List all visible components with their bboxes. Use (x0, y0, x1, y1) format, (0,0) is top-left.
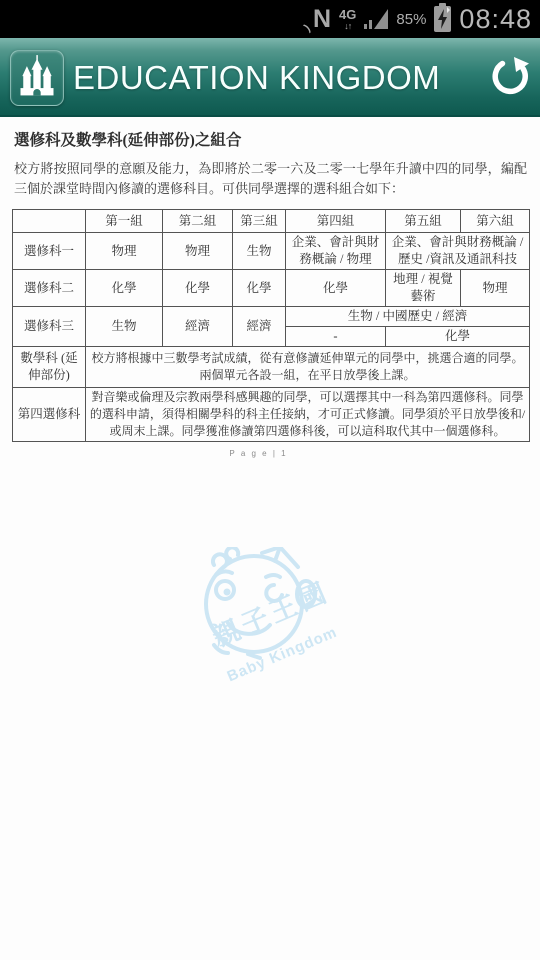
table-row: 選修科二 化學 化學 化學 化學 地理 / 視覺藝術 物理 (13, 270, 530, 307)
col-header: 第一組 (86, 210, 163, 233)
cell: 生物 (233, 233, 286, 270)
cell: - (286, 327, 386, 347)
cell: 企業、會計與財務概論 / 歷史 /資訊及通訊科技 (386, 233, 530, 270)
cell: 生物 (86, 307, 163, 347)
cell: 地理 / 視覺藝術 (386, 270, 461, 307)
app-header: EDUCATION KINGDOM (0, 38, 540, 117)
battery-charging-icon (434, 6, 451, 32)
nfc-icon: N) (313, 7, 331, 32)
row-label: 選修科三 (13, 307, 86, 347)
col-header: 第四組 (286, 210, 386, 233)
castle-icon (15, 55, 59, 101)
phone-screen: N) 4G ↓↑ 85% 08:48 (0, 0, 540, 960)
cell: 化學 (386, 327, 530, 347)
electives-table: 第一組 第二組 第三組 第四組 第五組 第六組 選修科一 物理 物理 生物 企業… (12, 209, 530, 442)
cell: 企業、會計與財務概論 / 物理 (286, 233, 386, 270)
table-header-row: 第一組 第二組 第三組 第四組 第五組 第六組 (13, 210, 530, 233)
table-row: 數學科 (延伸部份) 校方將根據中三數學考試成績，從有意修讀延伸單元的同學中，挑… (13, 347, 530, 388)
signal-strength-icon (364, 9, 388, 29)
table-row: 第四選修科 對音樂或倫理及宗教兩學科感興趣的同學，可以選擇其中一科為第四選修科。… (13, 388, 530, 442)
refresh-button[interactable] (488, 55, 534, 101)
watermark-cn-text: 親子王國 (205, 570, 334, 654)
network-type-indicator: 4G ↓↑ (339, 8, 356, 31)
row-label: 數學科 (延伸部份) (13, 347, 86, 388)
document-view[interactable]: 選修科及數學科(延伸部份)之組合 校方將按照同學的意願及能力，為即將於二零一六及… (0, 117, 540, 960)
watermark-en-text: Baby Kingdom (225, 624, 340, 686)
data-arrows-icon: ↓↑ (344, 22, 351, 31)
cell: 物理 (86, 233, 163, 270)
col-header: 第三組 (233, 210, 286, 233)
status-bar: N) 4G ↓↑ 85% 08:48 (0, 0, 540, 38)
cell: 校方將根據中三數學考試成績，從有意修讀延伸單元的同學中，挑選合適的同學。兩個單元… (86, 347, 530, 388)
cell: 化學 (286, 270, 386, 307)
refresh-icon (489, 56, 533, 100)
row-label: 第四選修科 (13, 388, 86, 442)
row-label: 選修科一 (13, 233, 86, 270)
cell: 對音樂或倫理及宗教兩學科感興趣的同學，可以選擇其中一科為第四選修科。同學的選科申… (86, 388, 530, 442)
cell: 經濟 (233, 307, 286, 347)
cell: 生物 / 中國歷史 / 經濟 (286, 307, 530, 327)
cell: 物理 (163, 233, 233, 270)
col-header: 第二組 (163, 210, 233, 233)
castle-logo-button[interactable] (10, 50, 64, 106)
page-number: P a g e | 1 (0, 449, 517, 458)
cell: 化學 (163, 270, 233, 307)
corner-cell (13, 210, 86, 233)
cell: 化學 (233, 270, 286, 307)
cell: 經濟 (163, 307, 233, 347)
table-row: 選修科三 生物 經濟 經濟 生物 / 中國歷史 / 經濟 (13, 307, 530, 327)
row-label: 選修科二 (13, 270, 86, 307)
table-row: 選修科一 物理 物理 生物 企業、會計與財務概論 / 物理 企業、會計與財務概論… (13, 233, 530, 270)
doc-title: 選修科及數學科(延伸部份)之組合 (14, 128, 540, 150)
col-header: 第六組 (461, 210, 530, 233)
doc-intro: 校方將按照同學的意願及能力，為即將於二零一六及二零一七學年升讀中四的同學，編配三… (14, 159, 527, 199)
col-header: 第五組 (386, 210, 461, 233)
baby-face-icon (178, 547, 338, 682)
battery-percent: 85% (396, 11, 426, 28)
network-label: 4G (339, 8, 356, 21)
app-title: EDUCATION KINGDOM (73, 38, 440, 117)
baby-kingdom-watermark: 親子王國 Baby Kingdom (0, 417, 540, 717)
cell: 物理 (461, 270, 530, 307)
cell: 化學 (86, 270, 163, 307)
clock: 08:48 (459, 4, 532, 35)
